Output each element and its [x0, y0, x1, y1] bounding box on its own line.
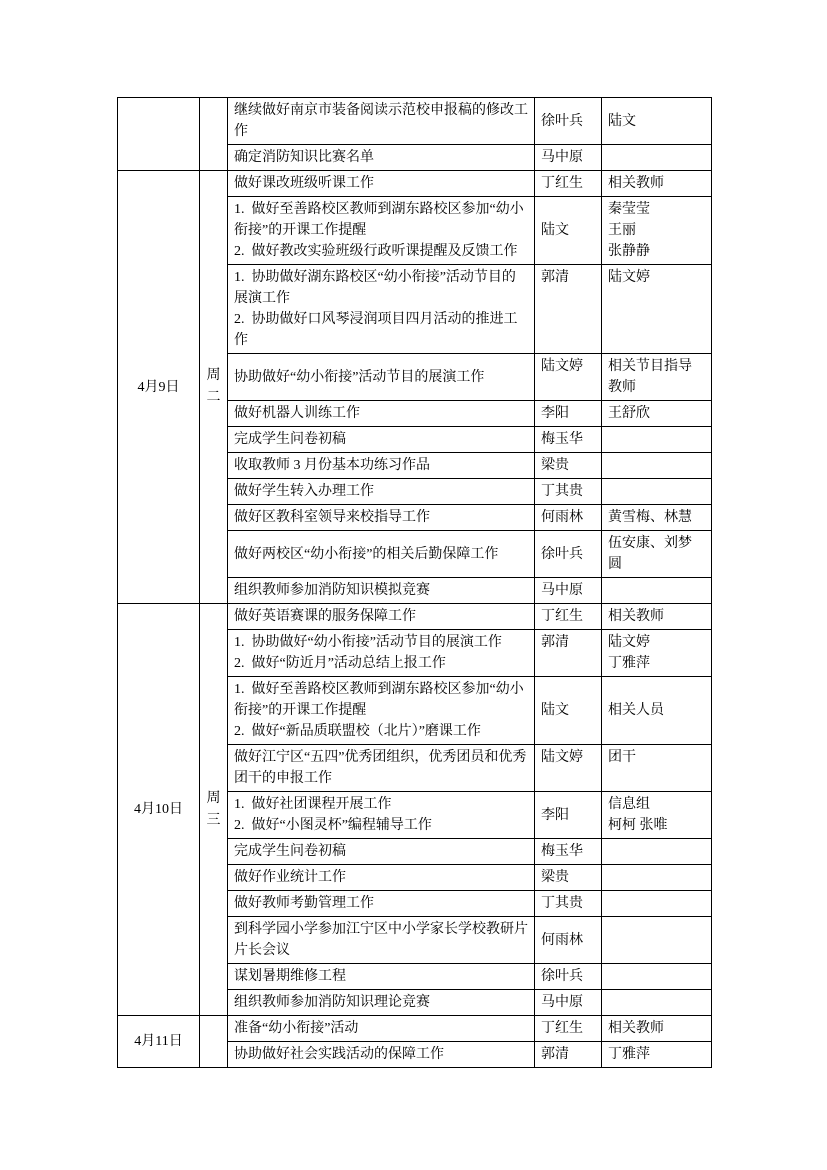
date-cell: 4月10日 [118, 604, 200, 1016]
person-cell: 何雨林 [535, 505, 602, 531]
task-line: 1. 做好至善路校区教师到湖东路校区参加“幼小衔接”的开课工作提醒 [234, 679, 528, 721]
person-cell: 梁贵 [535, 453, 602, 479]
task-line: 做好作业统计工作 [234, 867, 528, 888]
person-cell: 梅玉华 [535, 427, 602, 453]
weekday-cell [200, 1016, 228, 1068]
person-cell: 马中原 [535, 145, 602, 171]
other-person: 王丽 [608, 220, 705, 241]
task-cell: 1. 做好社团课程开展工作2. 做好“小图灵杯”编程辅导工作 [228, 792, 535, 839]
other-person: 丁雅萍 [608, 1044, 705, 1065]
others-cell: 团干 [602, 745, 712, 792]
person-cell: 陆文婷 [535, 354, 602, 401]
other-person: 黄雪梅、林慧 [608, 507, 705, 528]
person-cell: 丁红生 [535, 1016, 602, 1042]
others-cell [602, 427, 712, 453]
others-cell: 伍安康、刘梦圆 [602, 531, 712, 578]
date-cell: 4月11日 [118, 1016, 200, 1068]
task-line: 收取教师 3 月份基本功练习作品 [234, 455, 528, 476]
schedule-row: 继续做好南京市装备阅读示范校申报稿的修改工作徐叶兵陆文 [118, 98, 712, 145]
person-cell: 何雨林 [535, 917, 602, 964]
task-line: 做好两校区“幼小衔接”的相关后勤保障工作 [234, 544, 528, 565]
schedule-row: 4月10日周三做好英语赛课的服务保障工作丁红生相关教师 [118, 604, 712, 630]
task-line: 到科学园小学参加江宁区中小学家长学校教研片片长会议 [234, 919, 528, 961]
task-line: 1. 协助做好“幼小衔接”活动节目的展演工作 [234, 632, 528, 653]
task-cell: 做好江宁区“五四”优秀团组织，优秀团员和优秀团干的申报工作 [228, 745, 535, 792]
person-cell: 郭清 [535, 1042, 602, 1068]
others-cell: 陆文婷 [602, 265, 712, 354]
task-line: 做好江宁区“五四”优秀团组织，优秀团员和优秀团干的申报工作 [234, 747, 528, 789]
task-cell: 做好英语赛课的服务保障工作 [228, 604, 535, 630]
others-cell [602, 839, 712, 865]
task-line: 2. 做好教改实验班级行政听课提醒及反馈工作 [234, 241, 528, 262]
task-cell: 协助做好社会实践活动的保障工作 [228, 1042, 535, 1068]
task-cell: 谋划暑期维修工程 [228, 964, 535, 990]
weekday-char: 周 [206, 365, 221, 387]
other-person: 丁雅萍 [608, 653, 705, 674]
schedule-row: 4月9日周二做好课改班级听课工作丁红生相关教师 [118, 171, 712, 197]
task-line: 协助做好“幼小衔接”活动节目的展演工作 [234, 367, 528, 388]
others-cell: 相关教师 [602, 604, 712, 630]
person-cell: 丁红生 [535, 171, 602, 197]
weekday-cell [200, 98, 228, 171]
others-cell [602, 865, 712, 891]
other-person: 相关节目指导教师 [608, 356, 705, 398]
others-cell [602, 990, 712, 1016]
other-person: 相关人员 [608, 700, 705, 721]
others-cell [602, 964, 712, 990]
task-cell: 做好区教科室领导来校指导工作 [228, 505, 535, 531]
task-cell: 做好学生转入办理工作 [228, 479, 535, 505]
others-cell: 陆文 [602, 98, 712, 145]
task-line: 2. 做好“新品质联盟校（北片）”磨课工作 [234, 721, 528, 742]
others-cell: 黄雪梅、林慧 [602, 505, 712, 531]
task-line: 1. 做好至善路校区教师到湖东路校区参加“幼小衔接”的开课工作提醒 [234, 199, 528, 241]
person-cell: 梅玉华 [535, 839, 602, 865]
task-cell: 1. 协助做好湖东路校区“幼小衔接”活动节目的展演工作2. 协助做好口风琴浸润项… [228, 265, 535, 354]
others-cell [602, 891, 712, 917]
task-line: 继续做好南京市装备阅读示范校申报稿的修改工作 [234, 100, 528, 142]
others-cell: 相关教师 [602, 171, 712, 197]
date-cell: 4月9日 [118, 171, 200, 604]
others-cell: 相关教师 [602, 1016, 712, 1042]
task-line: 2. 协助做好口风琴浸润项目四月活动的推进工作 [234, 309, 528, 351]
person-cell: 陆文 [535, 677, 602, 745]
others-cell: 陆文婷丁雅萍 [602, 630, 712, 677]
other-person: 张静静 [608, 241, 705, 262]
others-cell [602, 479, 712, 505]
other-person: 陆文婷 [608, 267, 705, 288]
others-cell [602, 917, 712, 964]
task-cell: 到科学园小学参加江宁区中小学家长学校教研片片长会议 [228, 917, 535, 964]
task-line: 准备“幼小衔接”活动 [234, 1018, 528, 1039]
task-cell: 做好作业统计工作 [228, 865, 535, 891]
others-cell [602, 453, 712, 479]
weekday-char: 三 [206, 810, 221, 832]
other-person: 王舒欣 [608, 403, 705, 424]
other-person: 团干 [608, 747, 705, 768]
task-cell: 组织教师参加消防知识模拟竞赛 [228, 578, 535, 604]
other-person: 信息组 [608, 794, 705, 815]
task-line: 做好英语赛课的服务保障工作 [234, 606, 528, 627]
person-cell: 马中原 [535, 578, 602, 604]
other-person: 陆文 [608, 111, 705, 132]
weekday-char: 二 [206, 387, 221, 409]
person-cell: 陆文婷 [535, 745, 602, 792]
others-cell: 相关节目指导教师 [602, 354, 712, 401]
task-line: 完成学生问卷初稿 [234, 841, 528, 862]
task-cell: 做好教师考勤管理工作 [228, 891, 535, 917]
other-person: 秦莹莹 [608, 199, 705, 220]
weekday-char: 周 [206, 788, 221, 810]
weekday-cell: 周二 [200, 171, 228, 604]
task-line: 组织教师参加消防知识理论竞赛 [234, 992, 528, 1013]
others-cell: 丁雅萍 [602, 1042, 712, 1068]
task-line: 做好教师考勤管理工作 [234, 893, 528, 914]
other-person: 柯柯 张唯 [608, 815, 705, 836]
weekday-cell: 周三 [200, 604, 228, 1016]
task-cell: 准备“幼小衔接”活动 [228, 1016, 535, 1042]
task-line: 做好机器人训练工作 [234, 403, 528, 424]
task-cell: 协助做好“幼小衔接”活动节目的展演工作 [228, 354, 535, 401]
task-line: 1. 协助做好湖东路校区“幼小衔接”活动节目的展演工作 [234, 267, 528, 309]
person-cell: 马中原 [535, 990, 602, 1016]
person-cell: 李阳 [535, 792, 602, 839]
task-line: 完成学生问卷初稿 [234, 429, 528, 450]
task-line: 1. 做好社团课程开展工作 [234, 794, 528, 815]
date-cell [118, 98, 200, 171]
task-line: 确定消防知识比赛名单 [234, 147, 528, 168]
task-cell: 1. 协助做好“幼小衔接”活动节目的展演工作2. 做好“防近月”活动总结上报工作 [228, 630, 535, 677]
task-line: 组织教师参加消防知识模拟竞赛 [234, 580, 528, 601]
task-line: 2. 做好“小图灵杯”编程辅导工作 [234, 815, 528, 836]
schedule-table-body: 继续做好南京市装备阅读示范校申报稿的修改工作徐叶兵陆文确定消防知识比赛名单马中原… [118, 98, 712, 1068]
task-line: 做好学生转入办理工作 [234, 481, 528, 502]
others-cell: 相关人员 [602, 677, 712, 745]
task-cell: 继续做好南京市装备阅读示范校申报稿的修改工作 [228, 98, 535, 145]
task-line: 做好课改班级听课工作 [234, 173, 528, 194]
others-cell: 王舒欣 [602, 401, 712, 427]
person-cell: 陆文 [535, 197, 602, 265]
person-cell: 郭清 [535, 630, 602, 677]
task-cell: 做好两校区“幼小衔接”的相关后勤保障工作 [228, 531, 535, 578]
person-cell: 梁贵 [535, 865, 602, 891]
others-cell [602, 145, 712, 171]
schedule-row: 4月11日准备“幼小衔接”活动丁红生相关教师 [118, 1016, 712, 1042]
others-cell: 秦莹莹王丽张静静 [602, 197, 712, 265]
task-cell: 完成学生问卷初稿 [228, 839, 535, 865]
task-cell: 做好课改班级听课工作 [228, 171, 535, 197]
task-cell: 1. 做好至善路校区教师到湖东路校区参加“幼小衔接”的开课工作提醒2. 做好教改… [228, 197, 535, 265]
others-cell: 信息组柯柯 张唯 [602, 792, 712, 839]
task-line: 谋划暑期维修工程 [234, 966, 528, 987]
person-cell: 郭清 [535, 265, 602, 354]
task-line: 做好区教科室领导来校指导工作 [234, 507, 528, 528]
person-cell: 丁其贵 [535, 479, 602, 505]
document-page: 继续做好南京市装备阅读示范校申报稿的修改工作徐叶兵陆文确定消防知识比赛名单马中原… [0, 0, 827, 1170]
other-person: 伍安康、刘梦圆 [608, 533, 705, 575]
task-cell: 1. 做好至善路校区教师到湖东路校区参加“幼小衔接”的开课工作提醒2. 做好“新… [228, 677, 535, 745]
person-cell: 李阳 [535, 401, 602, 427]
person-cell: 丁红生 [535, 604, 602, 630]
person-cell: 徐叶兵 [535, 964, 602, 990]
task-cell: 确定消防知识比赛名单 [228, 145, 535, 171]
task-cell: 组织教师参加消防知识理论竞赛 [228, 990, 535, 1016]
task-line: 协助做好社会实践活动的保障工作 [234, 1044, 528, 1065]
task-cell: 完成学生问卷初稿 [228, 427, 535, 453]
person-cell: 徐叶兵 [535, 531, 602, 578]
others-cell [602, 578, 712, 604]
person-cell: 丁其贵 [535, 891, 602, 917]
task-cell: 收取教师 3 月份基本功练习作品 [228, 453, 535, 479]
other-person: 陆文婷 [608, 632, 705, 653]
other-person: 相关教师 [608, 606, 705, 627]
other-person: 相关教师 [608, 1018, 705, 1039]
task-cell: 做好机器人训练工作 [228, 401, 535, 427]
schedule-table: 继续做好南京市装备阅读示范校申报稿的修改工作徐叶兵陆文确定消防知识比赛名单马中原… [117, 97, 712, 1068]
person-cell: 徐叶兵 [535, 98, 602, 145]
other-person: 相关教师 [608, 173, 705, 194]
task-line: 2. 做好“防近月”活动总结上报工作 [234, 653, 528, 674]
